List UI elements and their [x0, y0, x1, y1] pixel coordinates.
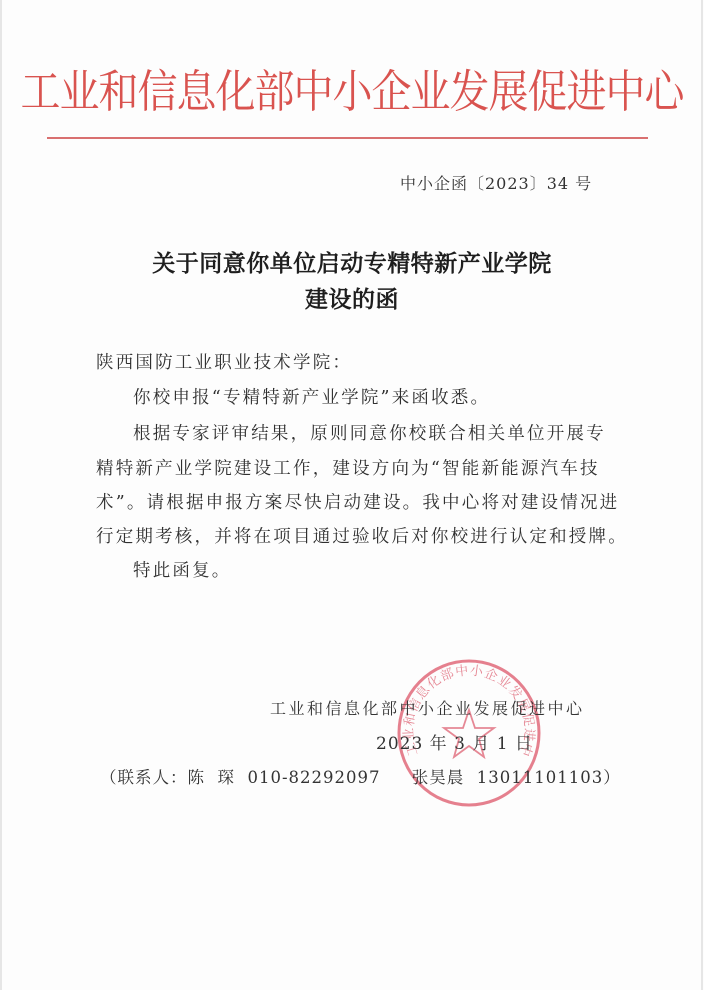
page-edge-left [0, 0, 2, 990]
document-number: 中小企函〔2023〕34 号 [400, 171, 592, 194]
letterhead-title: 工业和信息化部中小企业发展促进中心 [0, 57, 704, 121]
recipient: 陕西国防工业职业技术学院： [96, 349, 352, 374]
contact-info: （联系人：陈 琛 010-82292097 张昊晨 13011101103） [100, 764, 621, 788]
paragraph-line: 精特新产业学院建设工作，建设方向为“智能新能源汽车技 [96, 455, 600, 480]
closing-line: 特此函复。 [133, 557, 232, 582]
document-title-line1: 关于同意你单位启动专精特新产业学院 [0, 245, 704, 278]
signature-organization: 工业和信息化部中小企业发展促进中心 [270, 696, 585, 719]
paragraph-line: 术”。请根据申报方案尽快启动建设。我中心将对建设情况进 [96, 489, 619, 514]
paragraph-line: 你校申报“专精特新产业学院”来函收悉。 [133, 384, 490, 409]
paragraph-line: 根据专家评审结果，原则同意你校联合相关单位开展专 [133, 420, 606, 445]
signature-date: 2023 年 3 月 1 日 [376, 729, 533, 754]
paragraph-line: 行定期考核，并将在项目通过验收后对你校进行认定和授牌。 [96, 523, 628, 548]
page-edge-right [701, 0, 703, 990]
letterhead-divider [47, 137, 648, 139]
document-title-line2: 建设的函 [0, 281, 704, 314]
